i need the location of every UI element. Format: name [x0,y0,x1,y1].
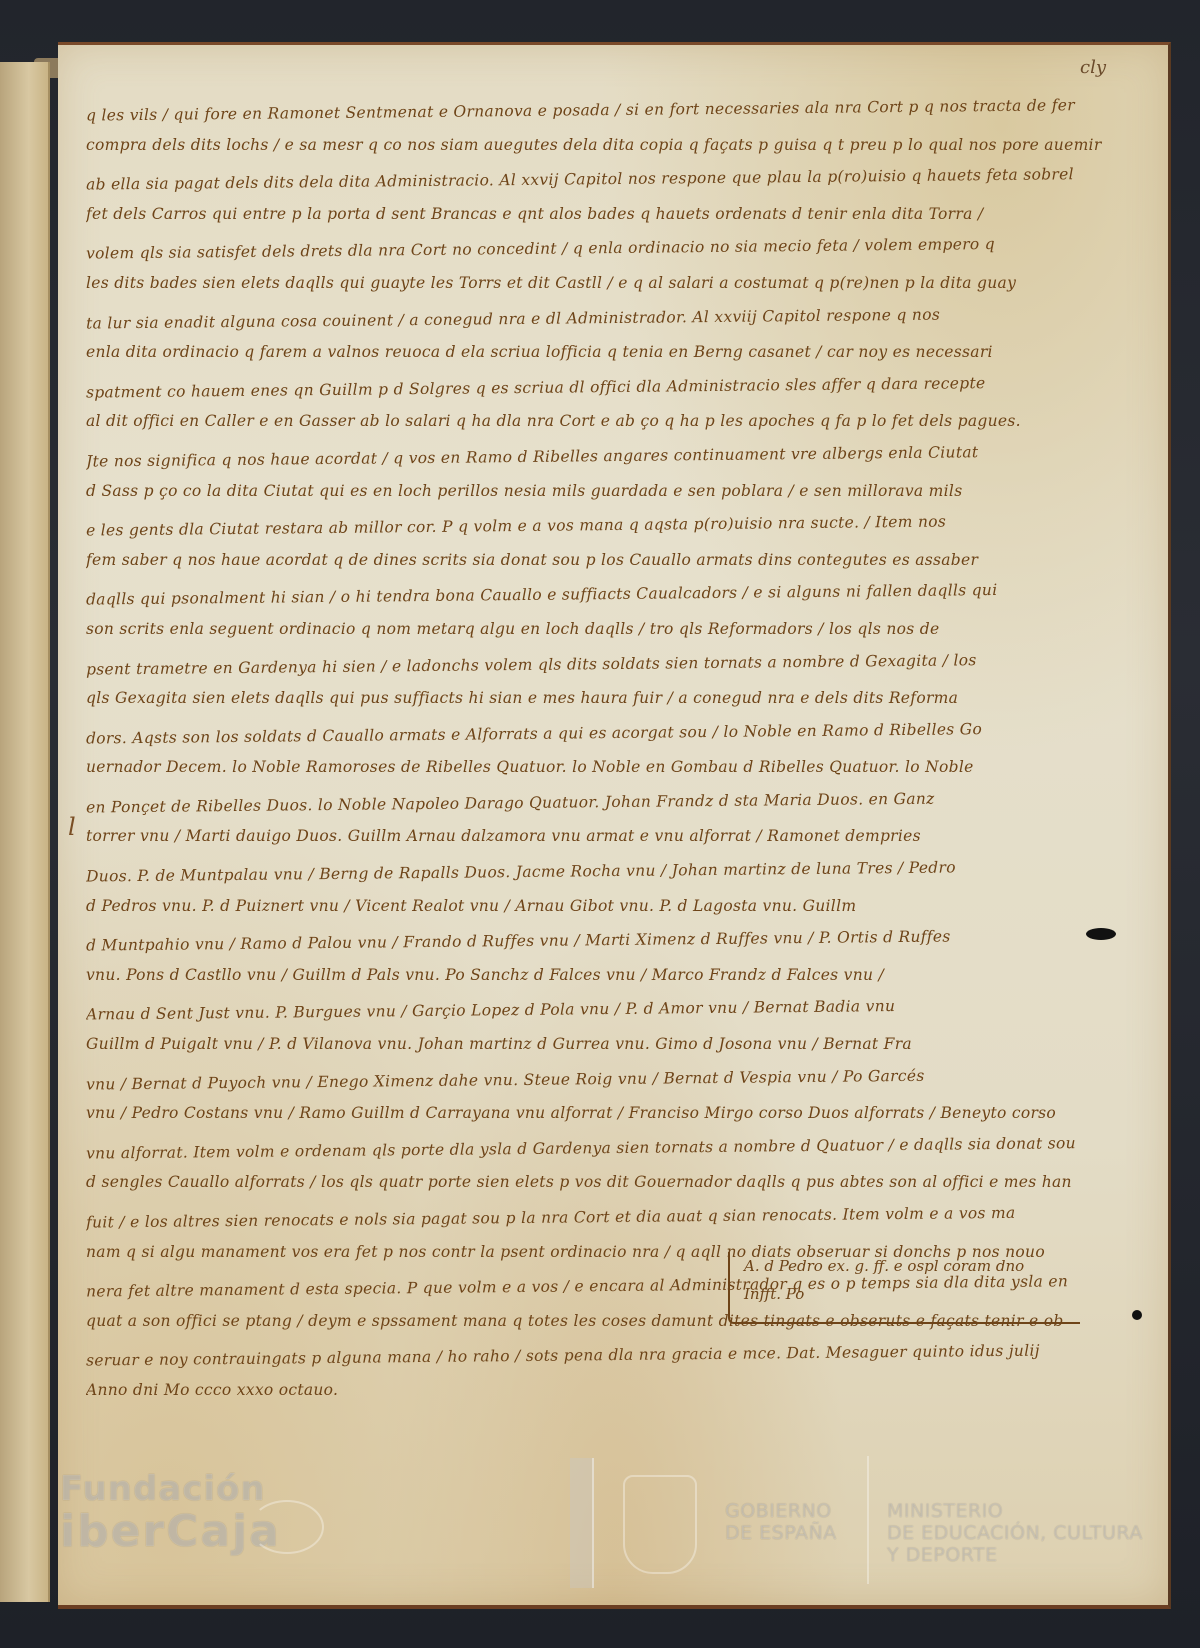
text-line: spatment co hauem enes qn Guillm p d Sol… [86,364,1146,410]
text-line: compra dels dits lochs / e sa mesr q co … [86,128,1146,163]
text-line: Duos. P. de Muntpalau vnu / Berng de Rap… [86,849,1146,895]
watermark-divider [867,1456,869,1584]
text-line: vnu / Bernat d Puyoch vnu / Enego Ximenz… [86,1056,1146,1102]
text-line: d sengles Cauallo alforrats / los qls qu… [86,1165,1146,1200]
manuscript-text: q les vils / qui fore en Ramonet Sentmen… [86,93,1146,1408]
text-line: Anno dni Mo ccco xxxo octauo. [86,1373,1146,1408]
text-line: d Sass p ço co la dita Ciutat qui es en … [86,474,1146,509]
text-line: uernador Decem. lo Noble Ramoroses de Ri… [86,750,1146,785]
fundacion-ibercaja-watermark: Fundación iberCaja [60,1470,281,1556]
ink-blot [1086,928,1116,940]
text-line: q les vils / qui fore en Ramonet Sentmen… [86,87,1146,133]
facing-page-edge [0,62,50,1602]
gobierno-espana-watermark: GOBIERNO DE ESPAÑA [725,1500,837,1544]
text-line: torrer vnu / Marti dauigo Duos. Guillm A… [86,819,1146,854]
text-line: enla dita ordinacio q farem a valnos reu… [86,335,1146,370]
text-line: dors. Aqsts son los soldats d Cauallo ar… [86,710,1146,756]
text-line: vnu / Pedro Costans vnu / Ramo Guillm d … [86,1096,1146,1131]
text-line: vnu alforrat. Item volm e ordenam qls po… [86,1125,1146,1171]
text-line: volem qls sia satisfet dels drets dla nr… [86,226,1146,272]
text-line: daqlls qui psonalment hi sian / o hi ten… [86,572,1146,618]
text-line: psent trametre en Gardenya hi sien / e l… [86,641,1146,687]
text-line: al dit offici en Caller e en Gasser ab l… [86,404,1146,439]
text-line: fuit / e los altres sien renocats e nols… [86,1194,1146,1240]
ministerio-watermark: MINISTERIO DE EDUCACIÓN, CULTURA Y DEPOR… [887,1500,1143,1566]
manuscript-page: cly q les vils / qui fore en Ramonet Sen… [58,42,1171,1609]
text-line: ta lur sia enadit alguna cosa couinent /… [86,295,1146,341]
text-line: les dits bades sien elets daqlls qui gua… [86,266,1146,301]
text-line: Jte nos significa q nos haue acordat / q… [86,433,1146,479]
text-line: son scrits enla seguent ordinacio q nom … [86,612,1146,647]
text-line: Arnau d Sent Just vnu. P. Burgues vnu / … [86,987,1146,1033]
signature-line-2: Infft. Po [730,1280,1080,1308]
text-line: d Pedros vnu. P. d Puiznert vnu / Vicent… [86,889,1146,924]
ibercaja-swirl-icon [250,1500,324,1554]
text-line: ab ella sia pagat dels dits dela dita Ad… [86,157,1146,203]
text-line: en Ponçet de Ribelles Duos. lo Noble Nap… [86,779,1146,825]
text-line: d Muntpahio vnu / Ramo d Palou vnu / Fra… [86,918,1146,964]
folio-number: cly [1080,57,1106,78]
spain-flag-icon [570,1458,594,1588]
ink-dot [1132,1310,1142,1320]
text-line: qls Gexagita sien elets daqlls qui pus s… [86,681,1146,716]
text-line: e les gents dla Ciutat restara ab millor… [86,503,1146,549]
notarial-signature: A. d Pedro ex. g. ff. e ospl coram dno I… [728,1252,1080,1324]
signature-line-1: A. d Pedro ex. g. ff. e ospl coram dno [730,1252,1080,1280]
margin-mark: l [68,813,76,841]
text-line: Guillm d Puigalt vnu / P. d Vilanova vnu… [86,1027,1146,1062]
text-line: seruar e noy contrauingats p alguna mana… [86,1333,1146,1379]
coat-of-arms-icon [623,1475,697,1574]
